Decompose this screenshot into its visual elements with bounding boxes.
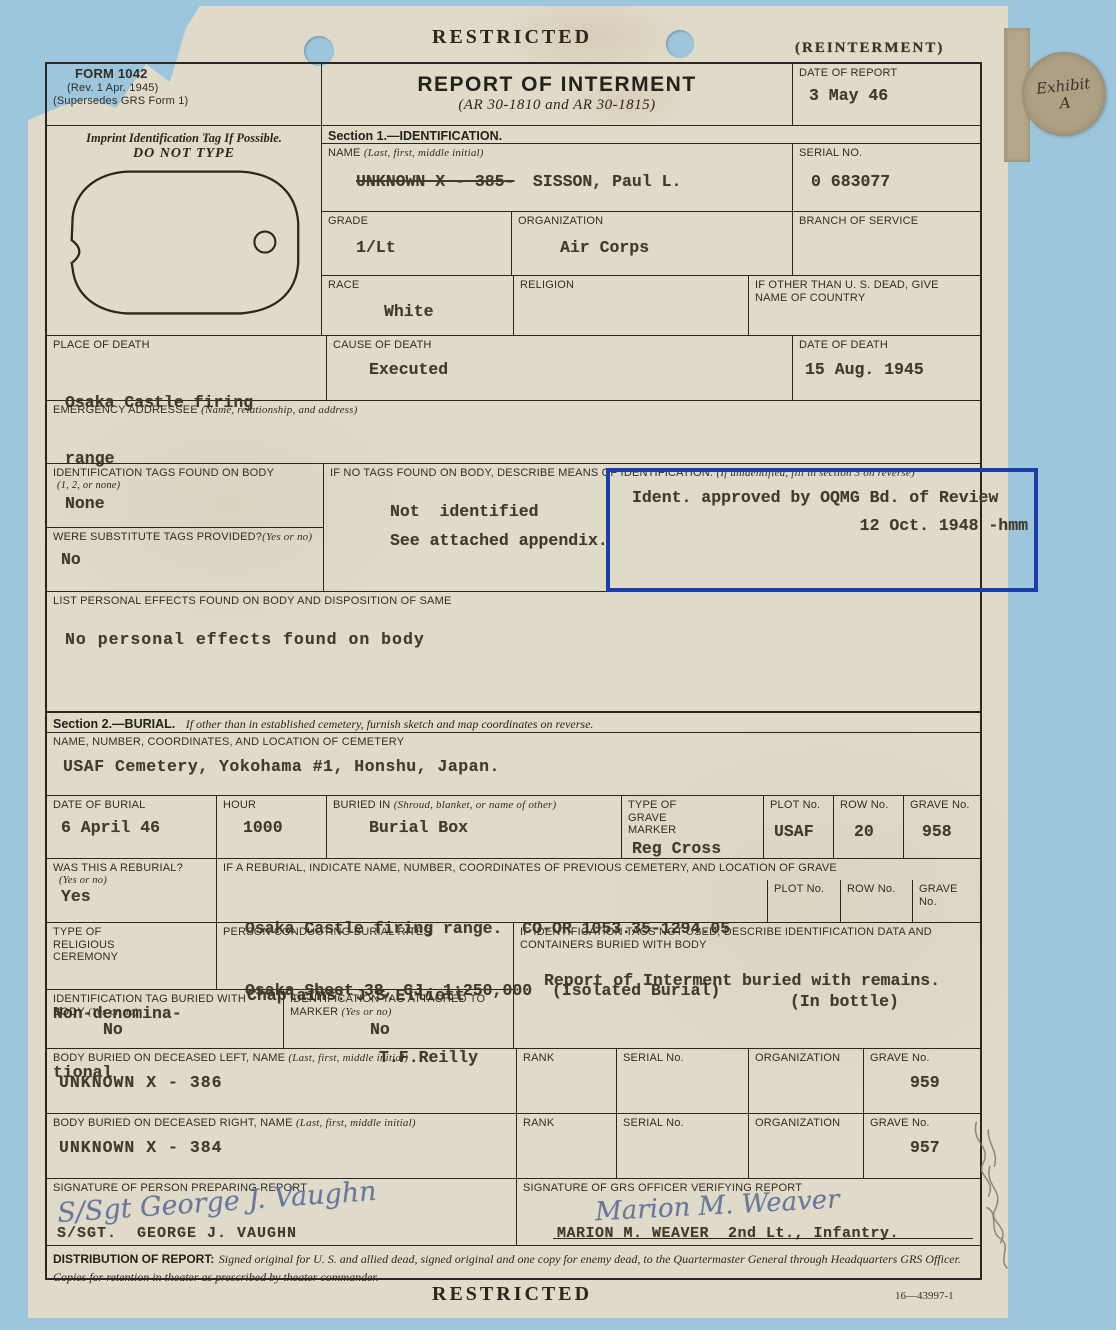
body-right-rank-cell: RANK <box>517 1114 617 1179</box>
cemetery-cell: NAME, NUMBER, COORDINATES, AND LOCATION … <box>47 733 980 796</box>
signature-strike-line <box>553 1238 973 1239</box>
review-line2: 12 Oct. 1948 -hmm <box>860 516 1028 535</box>
interment-form: FORM 1042 (Rev. 1 Apr. 1945) (Supersedes… <box>45 62 982 1280</box>
date-of-death-value: 15 Aug. 1945 <box>805 360 974 379</box>
previous-cemetery-line1: Osaka Castle firing range. CO-OR 1053.35… <box>245 919 730 940</box>
country-label: IF OTHER THAN U. S. DEAD, GIVE NAME OF C… <box>755 279 974 304</box>
plot-label: PLOT No. <box>770 799 827 812</box>
section2-heading-note: If other than in established cemetery, f… <box>186 717 594 731</box>
race-cell: RACE White <box>322 276 514 336</box>
verifier-typed-name: MARION M. WEAVER 2nd Lt., Infantry. <box>557 1225 899 1242</box>
hour-value: 1000 <box>243 818 320 837</box>
prev-row-label: ROW No. <box>847 883 906 896</box>
previous-cemetery-line2: Osaka Sheet 38, CJ, 1:250,000 (Isolated … <box>245 981 730 1002</box>
serial-value: 0 683077 <box>811 172 974 191</box>
form-title-block: REPORT OF INTERMENT (AR 30-1810 and AR 3… <box>322 64 793 126</box>
religion-label: RELIGION <box>520 279 742 292</box>
date-of-report-cell: DATE OF REPORT 3 May 46 <box>793 64 980 126</box>
distribution-label: DISTRIBUTION OF REPORT: <box>53 1252 214 1266</box>
body-right-sub: (Last, first, middle initial) <box>296 1117 416 1129</box>
serial-label: SERIAL NO. <box>799 147 974 160</box>
verifier-signature-cell: SIGNATURE OF GRS OFFICER VERIFYING REPOR… <box>517 1179 980 1246</box>
previous-cemetery-label: IF A REBURIAL, INDICATE NAME, NUMBER, CO… <box>217 859 980 878</box>
name-value: SISSON, Paul L. <box>533 172 682 191</box>
grave-marker-value: Reg Cross <box>632 839 757 858</box>
form-id-block: FORM 1042 (Rev. 1 Apr. 1945) (Supersedes… <box>47 64 322 126</box>
substitute-tags-cell: WERE SUBSTITUTE TAGS PROVIDED?(Yes or no… <box>47 528 324 592</box>
emergency-addressee-cell: EMERGENCY ADDRESSEE (Name, relationship,… <box>47 401 980 464</box>
tag-body-sub: (Yes or no) <box>88 1006 138 1018</box>
tags-found-label: IDENTIFICATION TAGS FOUND ON BODY <box>53 467 317 480</box>
date-of-death-label: DATE OF DEATH <box>799 339 974 352</box>
oqmg-review-box: Ident. approved by OQMG Bd. of Review 12… <box>606 468 1038 592</box>
effects-label: LIST PERSONAL EFFECTS FOUND ON BODY AND … <box>53 595 974 608</box>
ceremony-label: TYPE OF RELIGIOUS CEREMONY <box>53 926 163 964</box>
reburial-value: Yes <box>61 887 210 906</box>
date-of-death-cell: DATE OF DEATH 15 Aug. 1945 <box>793 336 980 401</box>
restricted-banner-top: RESTRICTED <box>432 26 592 49</box>
grave-label: GRAVE No. <box>870 1052 974 1065</box>
branch-label: BRANCH OF SERVICE <box>799 215 974 228</box>
plot-cell: PLOT No. USAF <box>764 796 834 859</box>
organization-cell: ORGANIZATION Air Corps <box>512 212 793 276</box>
form-title: REPORT OF INTERMENT <box>328 73 786 97</box>
serial-no-label-2: SERIAL No. <box>623 1117 742 1130</box>
grave-marker-label: TYPE OF GRAVE MARKER <box>628 799 708 837</box>
personal-effects-cell: LIST PERSONAL EFFECTS FOUND ON BODY AND … <box>47 592 980 713</box>
ceremony-cell: TYPE OF RELIGIOUS CEREMONY Non-denomina-… <box>47 923 217 990</box>
row-value: 20 <box>854 822 897 841</box>
punch-hole <box>666 30 694 58</box>
tags-found-value: None <box>65 494 317 513</box>
substitute-sub: (Yes or no) <box>262 531 312 543</box>
date-of-burial-value: 6 April 46 <box>61 818 210 837</box>
form-supersedes: (Supersedes GRS Form 1) <box>53 95 315 108</box>
cause-of-death-value: Executed <box>369 360 786 379</box>
body-left-cell: BODY BURIED ON DECEASED LEFT, NAME (Last… <box>47 1049 517 1114</box>
buried-in-value: Burial Box <box>369 818 615 837</box>
grave-label-2: GRAVE No. <box>870 1117 974 1130</box>
section1-heading: Section 1.—IDENTIFICATION. <box>328 129 502 143</box>
tags-found-cell: IDENTIFICATION TAGS FOUND ON BODY (1, 2,… <box>47 464 324 528</box>
grave-marker-cell: TYPE OF GRAVE MARKER Reg Cross <box>622 796 764 859</box>
race-label: RACE <box>328 279 507 292</box>
print-code: 16—43997-1 <box>895 1290 954 1302</box>
date-of-report-label: DATE OF REPORT <box>799 67 974 80</box>
dog-tag-outline-icon <box>58 164 310 322</box>
rank-label: RANK <box>523 1052 610 1065</box>
tags-found-sub: (1, 2, or none) <box>53 480 317 492</box>
grave-no-cell: GRAVE No. 958 <box>904 796 980 859</box>
body-left-serial-cell: SERIAL No. <box>617 1049 749 1114</box>
cemetery-label: NAME, NUMBER, COORDINATES, AND LOCATION … <box>53 736 974 749</box>
section1-heading-bar: Section 1.—IDENTIFICATION. <box>322 126 980 144</box>
emergency-label-sub: (Name, relationship, and address) <box>201 404 357 416</box>
prev-grave-label: GRAVE No. <box>919 883 974 908</box>
cause-of-death-cell: CAUSE OF DEATH Executed <box>327 336 793 401</box>
restricted-banner-bottom: RESTRICTED <box>432 1283 592 1306</box>
grade-label: GRADE <box>328 215 505 228</box>
organization-label: ORGANIZATION <box>518 215 786 228</box>
emergency-label: EMERGENCY ADDRESSEE <box>53 404 198 416</box>
section2-heading-bar: Section 2.—BURIAL. If other than in esta… <box>47 713 980 733</box>
effects-value: No personal effects found on body <box>65 630 974 649</box>
buried-in-sub: (Shroud, blanket, or name of other) <box>394 799 557 811</box>
name-label: NAME <box>328 147 361 159</box>
place-of-death-label: PLACE OF DEATH <box>53 339 320 352</box>
body-left-sub: (Last, first, middle initial) <box>288 1052 408 1064</box>
plot-value: USAF <box>774 822 827 841</box>
cemetery-value: USAF Cemetery, Yokohama #1, Honshu, Japa… <box>63 757 974 776</box>
substitute-label: WERE SUBSTITUTE TAGS PROVIDED? <box>53 531 262 543</box>
row-label: ROW No. <box>840 799 897 812</box>
body-right-value: UNKNOWN X - 384 <box>59 1138 510 1157</box>
body-right-label: BODY BURIED ON DECEASED RIGHT, NAME <box>53 1117 293 1129</box>
review-line1: Ident. approved by OQMG Bd. of Review <box>632 488 998 507</box>
id-tag-imprint-box: Imprint Identification Tag If Possible. … <box>47 126 322 336</box>
tag-box-line2: DO NOT TYPE <box>53 146 315 162</box>
org-label: ORGANIZATION <box>755 1052 857 1065</box>
buried-in-label: BURIED IN <box>333 799 390 811</box>
religion-cell: RELIGION <box>514 276 749 336</box>
branch-cell: BRANCH OF SERVICE <box>793 212 980 276</box>
grade-value: 1/Lt <box>356 238 505 257</box>
race-value: White <box>384 302 507 321</box>
margin-pencil-scribble <box>962 1110 1022 1280</box>
place-of-death-cell: PLACE OF DEATH Osaka Castle firing range <box>47 336 327 401</box>
rank-label-2: RANK <box>523 1117 610 1130</box>
name-cell: NAME (Last, first, middle initial) UNKNO… <box>322 144 793 212</box>
prev-plot-label: PLOT No. <box>774 883 834 896</box>
body-right-serial-cell: SERIAL No. <box>617 1114 749 1179</box>
prev-row-cell: ROW No. <box>840 880 912 923</box>
preparer-signature-cell: SIGNATURE OF PERSON PREPARING REPORT S/S… <box>47 1179 517 1246</box>
body-left-label: BODY BURIED ON DECEASED LEFT, NAME <box>53 1052 285 1064</box>
distribution-cell: DISTRIBUTION OF REPORT: Signed original … <box>47 1246 980 1278</box>
hour-label: HOUR <box>223 799 320 812</box>
substitute-value: No <box>61 550 317 569</box>
reburial-cell: WAS THIS A REBURIAL? (Yes or no) Yes <box>47 859 217 923</box>
form-subtitle: (AR 30-1810 and AR 30-1815) <box>328 97 786 114</box>
reinterment-stamp: (REINTERMENT) <box>795 40 944 57</box>
body-left-rank-cell: RANK <box>517 1049 617 1114</box>
scanned-document: RESTRICTED (REINTERMENT) Exhibit A FORM … <box>0 0 1116 1330</box>
body-left-org-cell: ORGANIZATION <box>749 1049 864 1114</box>
body-left-grave-cell: GRAVE No. 959 <box>864 1049 980 1114</box>
name-label-sub: (Last, first, middle initial) <box>364 147 484 159</box>
tag-box-line1: Imprint Identification Tag If Possible. <box>53 131 315 146</box>
prev-grave-cell: GRAVE No. <box>912 880 980 923</box>
preparer-typed-name: S/SGT. GEORGE J. VAUGHN <box>57 1225 297 1242</box>
grade-cell: GRADE 1/Lt <box>322 212 512 276</box>
tags-not-used-line2: (In bottle) <box>790 992 974 1011</box>
prev-plot-cell: PLOT No. <box>767 880 840 923</box>
form-number: FORM 1042 <box>53 67 315 82</box>
date-of-burial-cell: DATE OF BURIAL 6 April 46 <box>47 796 217 859</box>
body-right-cell: BODY BURIED ON DECEASED RIGHT, NAME (Las… <box>47 1114 517 1179</box>
org-label-2: ORGANIZATION <box>755 1117 857 1130</box>
serial-no-label: SERIAL No. <box>623 1052 742 1065</box>
reburial-label: WAS THIS A REBURIAL? <box>53 862 210 875</box>
reburial-sub: (Yes or no) <box>53 875 210 887</box>
organization-value: Air Corps <box>560 238 786 257</box>
section2-heading: Section 2.—BURIAL. <box>53 717 175 731</box>
body-left-value: UNKNOWN X - 386 <box>59 1073 510 1092</box>
country-cell: IF OTHER THAN U. S. DEAD, GIVE NAME OF C… <box>749 276 980 336</box>
serial-cell: SERIAL NO. 0 683077 <box>793 144 980 212</box>
grave-no-value: 958 <box>922 822 974 841</box>
form-revision: (Rev. 1 Apr. 1945) <box>53 82 315 95</box>
buried-in-cell: BURIED IN (Shroud, blanket, or name of o… <box>327 796 622 859</box>
hour-cell: HOUR 1000 <box>217 796 327 859</box>
cause-of-death-label: CAUSE OF DEATH <box>333 339 786 352</box>
previous-cemetery-cell: IF A REBURIAL, INDICATE NAME, NUMBER, CO… <box>217 859 980 923</box>
date-of-burial-label: DATE OF BURIAL <box>53 799 210 812</box>
body-left-grave-value: 959 <box>910 1073 974 1092</box>
exhibit-tab: Exhibit A <box>1022 52 1106 136</box>
grave-no-label: GRAVE No. <box>910 799 974 812</box>
tag-body-label: IDENTIFICATION TAG BURIED WITH BODY <box>53 993 246 1018</box>
body-right-org-cell: ORGANIZATION <box>749 1114 864 1179</box>
row-cell: ROW No. 20 <box>834 796 904 859</box>
date-of-report-value: 3 May 46 <box>809 86 974 105</box>
name-struck-value: UNKNOWN X - 385- <box>356 172 514 191</box>
